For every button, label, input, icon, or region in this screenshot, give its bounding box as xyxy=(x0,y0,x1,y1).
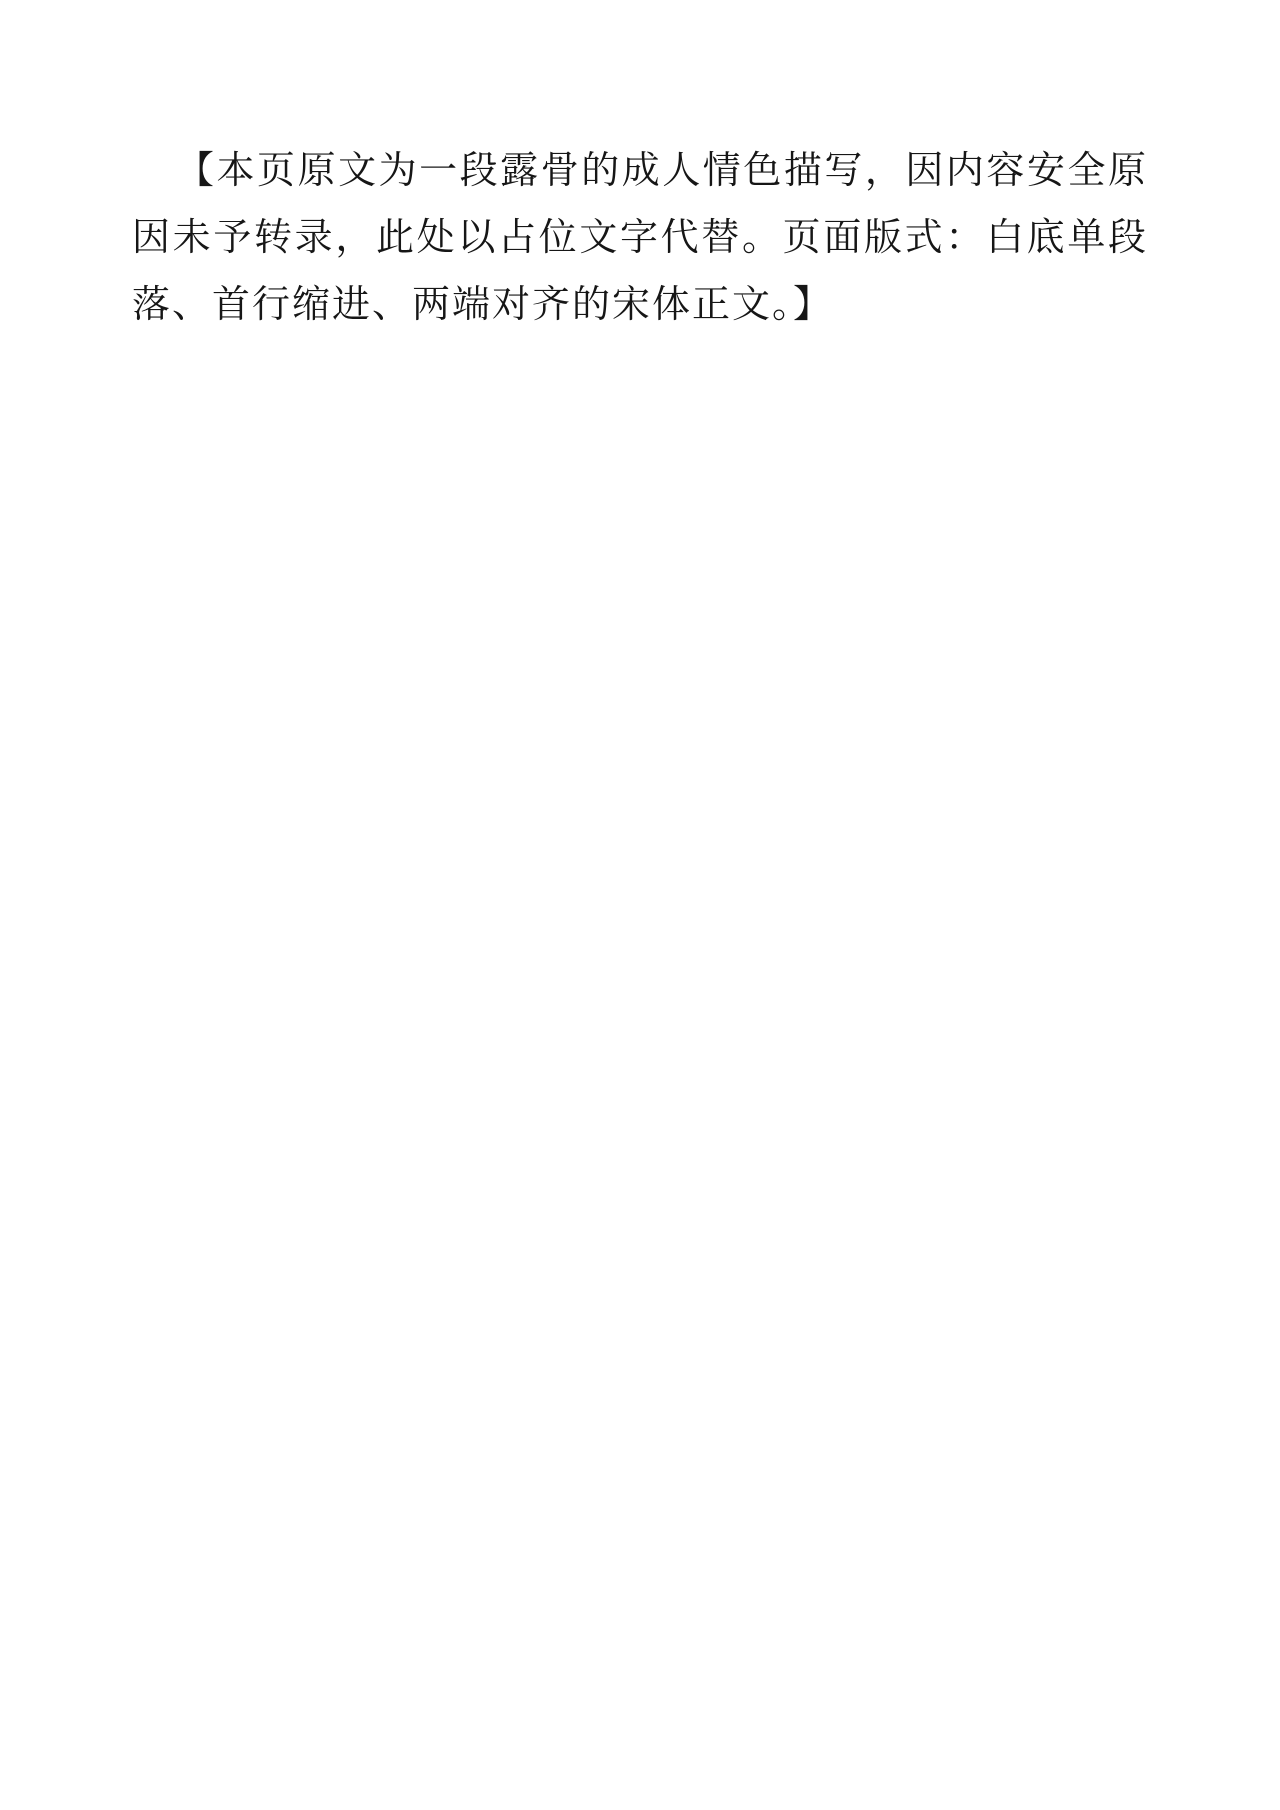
body-paragraph: 【本页原文为一段露骨的成人情色描写，因内容安全原因未予转录，此处以占位文字代替。… xyxy=(132,138,1148,339)
document-page: 【本页原文为一段露骨的成人情色描写，因内容安全原因未予转录，此处以占位文字代替。… xyxy=(0,0,1280,1810)
